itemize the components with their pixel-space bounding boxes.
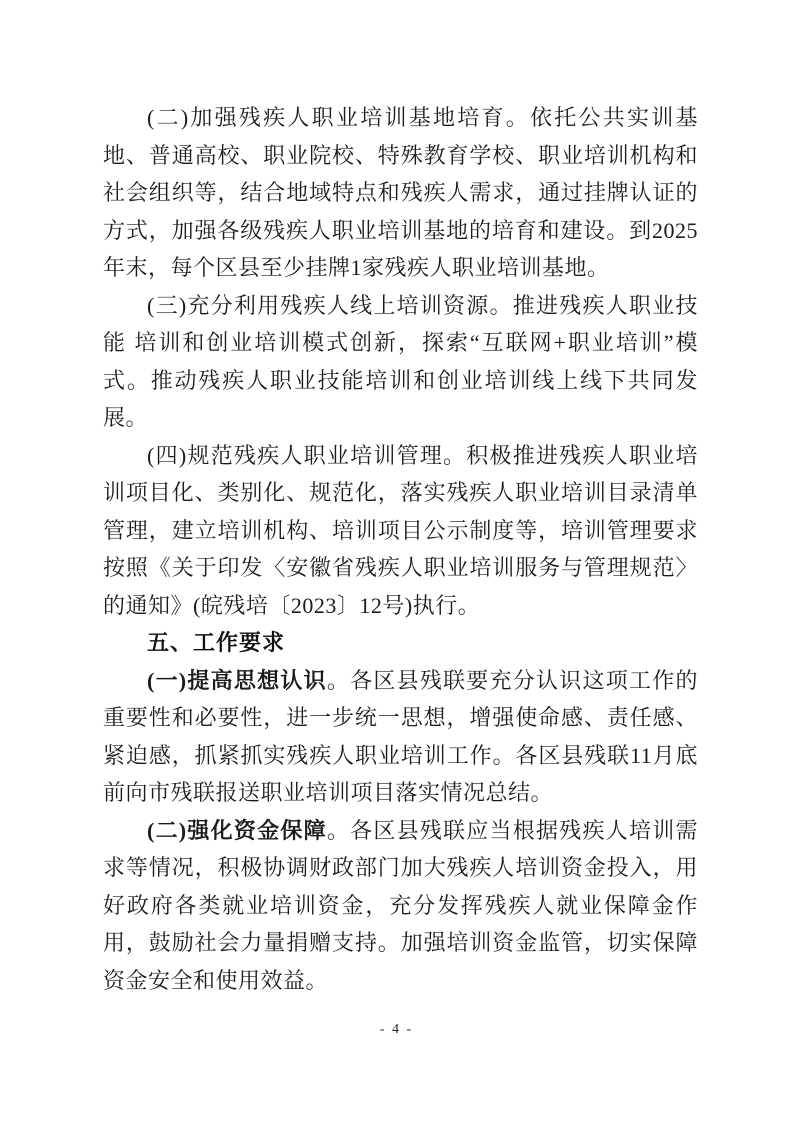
paragraph-training-management: (四)规范残疾人职业培训管理。积极推进残疾人职业培训项目化、类别化、规范化，落实… — [103, 437, 698, 625]
paragraph-online-resources: (三)充分利用残疾人线上培训资源。推进残疾人职业技能 培训和创业培训模式创新，探… — [103, 287, 698, 437]
paragraph-raise-awareness: (一)提高思想认识。各区县残联要充分认识这项工作的重要性和必要性，进一步统一思想… — [103, 662, 698, 812]
page-number: - 4 - — [380, 1022, 413, 1037]
paragraph-text: (四)规范残疾人职业培训管理。积极推进残疾人职业培训项目化、类别化、规范化，落实… — [103, 443, 698, 618]
section-heading-work-requirements: 五、工作要求 — [103, 624, 698, 662]
paragraph-lead-bold: (二)强化资金保障 — [147, 818, 327, 843]
document-page: (二)加强残疾人职业培训基地培育。依托公共实训基地、普通高校、职业院校、特殊教育… — [0, 0, 793, 1122]
paragraph-text: (三)充分利用残疾人线上培训资源。推进残疾人职业技能 培训和创业培训模式创新，探… — [103, 293, 698, 431]
paragraph-text: (二)加强残疾人职业培训基地培育。依托公共实训基地、普通高校、职业院校、特殊教育… — [103, 105, 698, 280]
document-body: (二)加强残疾人职业培训基地培育。依托公共实训基地、普通高校、职业院校、特殊教育… — [103, 99, 698, 999]
paragraph-lead-bold: (一)提高思想认识 — [147, 668, 327, 693]
paragraph-training-bases: (二)加强残疾人职业培训基地培育。依托公共实训基地、普通高校、职业院校、特殊教育… — [103, 99, 698, 287]
page-footer: - 4 - — [0, 1020, 793, 1040]
paragraph-text: 。各区县残联应当根据残疾人培训需求等情况，积极协调财政部门加大残疾人培训资金投入… — [103, 818, 698, 993]
paragraph-funding-guarantee: (二)强化资金保障。各区县残联应当根据残疾人培训需求等情况，积极协调财政部门加大… — [103, 812, 698, 1000]
